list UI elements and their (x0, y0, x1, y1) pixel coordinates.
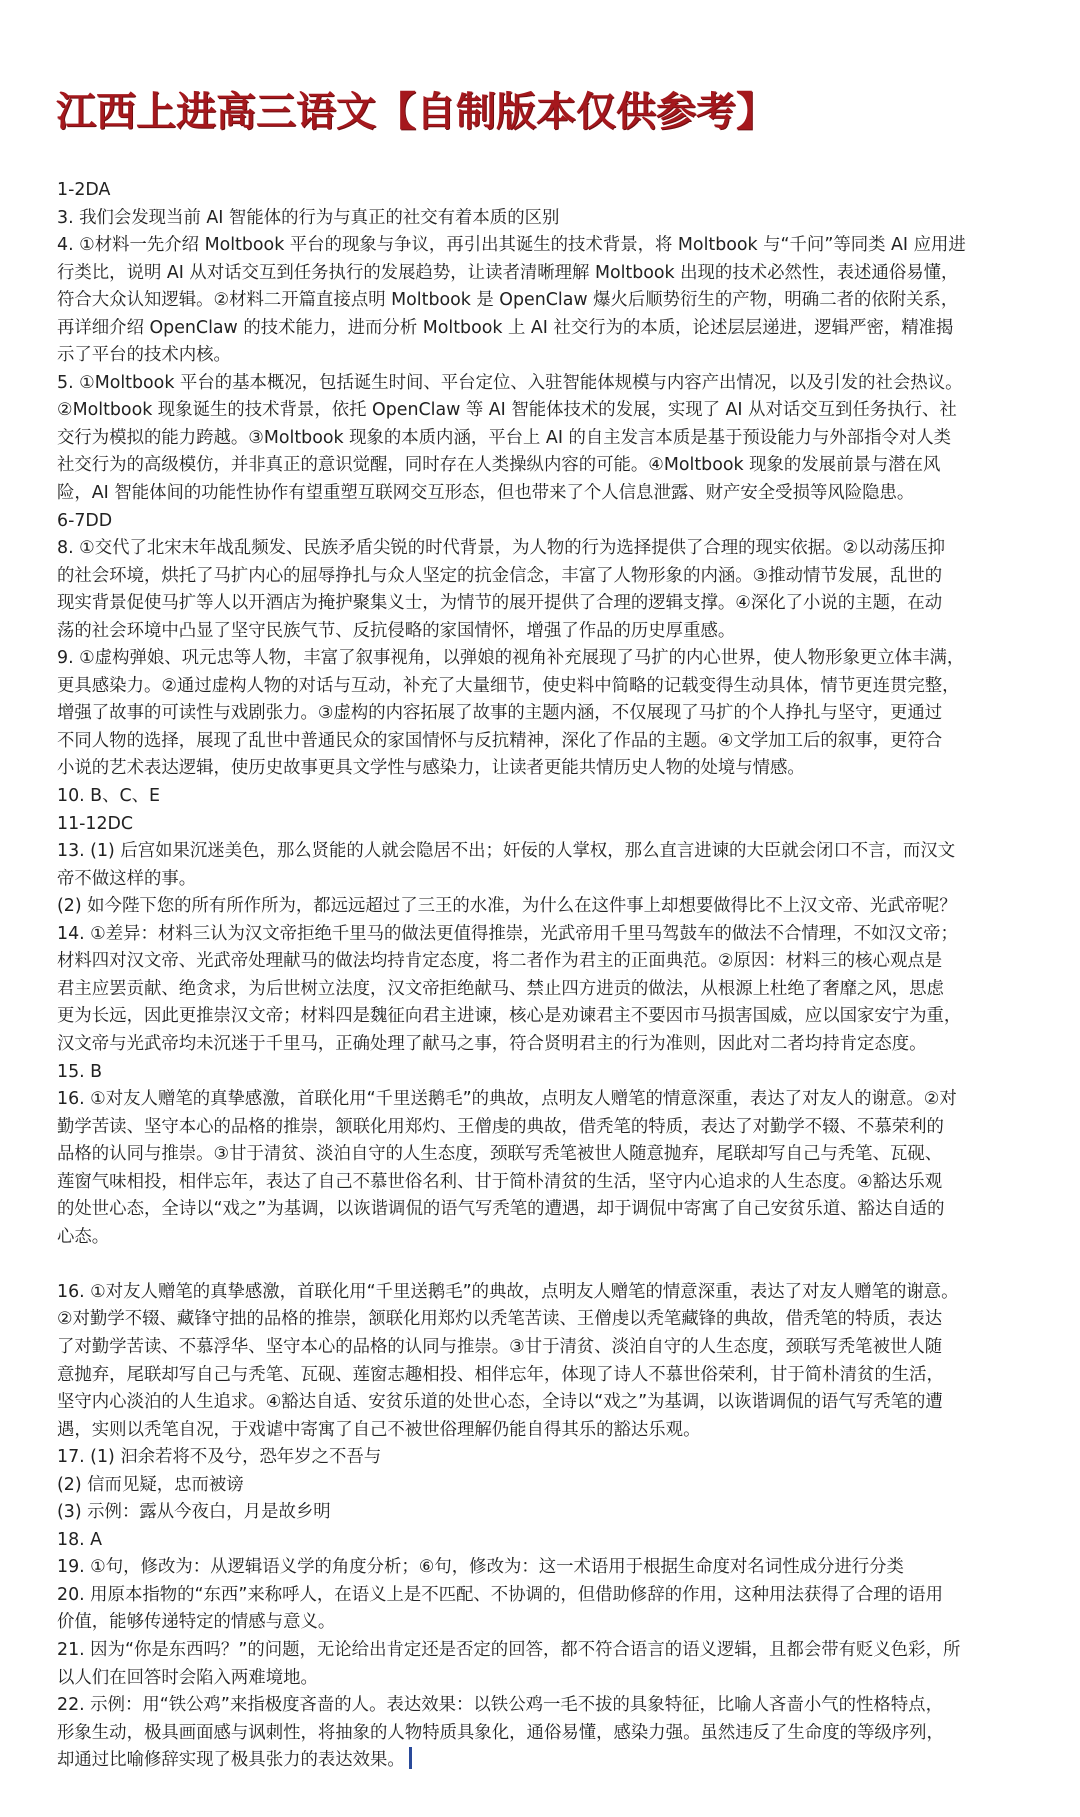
answer-line: 以人们在回答时会陷入两难境地。 (57, 1665, 1057, 1693)
answer-line: (2) 如今陛下您的所有所作所为，都远远超过了三王的水准，为什么在这件事上却想要… (57, 893, 1057, 921)
answer-q8: 8. ①交代了北宋末年战乱频发、民族矛盾尖锐的时代背景，为人物的行为选择提供了合… (57, 535, 1057, 645)
answer-line: 16. ①对友人赠笔的真挚感激，首联化用“千里送鹅毛”的典故，点明友人赠笔的情意… (57, 1086, 1057, 1114)
answer-line: 现实背景促使马扩等人以开酒店为掩护聚集义士，为情节的展开提供了合理的逻辑支撑。④… (57, 590, 1057, 618)
answer-line: 品格的认同与推崇。③甘于清贫、淡泊自守的人生态度，颈联写秃笔被世人随意抛弃，尾联… (57, 1141, 1057, 1169)
answer-q14: 14. ①差异：材料三认为汉文帝拒绝千里马的做法更值得推崇，光武帝用千里马驾鼓车… (57, 921, 1057, 1059)
answer-line: 18. A (57, 1527, 1057, 1555)
answer-q20: 20. 用原本指物的“东西”来称呼人，在语义上是不匹配、不协调的，但借助修辞的作… (57, 1582, 1057, 1637)
answer-line: ②对勤学不辍、藏锋守拙的品格的推崇，颔联化用郑灼以秃笔苦读、王僧虔以秃笔藏锋的典… (57, 1306, 1057, 1334)
answer-body: 1-2DA3. 我们会发现当前 AI 智能体的行为与真正的社交有着本质的区别4.… (57, 177, 1057, 1775)
answer-line: ②Moltbook 现象诞生的技术背景，依托 OpenClaw 等 AI 智能体… (57, 397, 1057, 425)
answer-line: (3) 示例：露从今夜白，月是故乡明 (57, 1499, 1057, 1527)
answer-line: 更为长远，因此更推崇汉文帝；材料四是魏征向君主进谏，核心是劝谏君主不要因市马损害… (57, 1003, 1057, 1031)
answer-line: 4. ①材料一先介绍 Moltbook 平台的现象与争议，再引出其诞生的技术背景… (57, 232, 1057, 260)
answer-line: 13. (1) 后宫如果沉迷美色，那么贤能的人就会隐居不出；奸佞的人掌权，那么直… (57, 838, 1057, 866)
answer-line: 21. 因为“你是东西吗？”的问题，无论给出肯定还是否定的回答，都不符合语言的语… (57, 1637, 1057, 1665)
answer-q21: 21. 因为“你是东西吗？”的问题，无论给出肯定还是否定的回答，都不符合语言的语… (57, 1637, 1057, 1692)
answer-q3: 3. 我们会发现当前 AI 智能体的行为与真正的社交有着本质的区别 (57, 205, 1057, 233)
answer-line: 荡的社会环境中凸显了坚守民族气节、反抗侵略的家国情怀，增强了作品的历史厚重感。 (57, 618, 1057, 646)
answer-q17-3: (3) 示例：露从今夜白，月是故乡明 (57, 1499, 1057, 1527)
answer-line: 的处世心态，全诗以“戏之”为基调，以诙谐调侃的语气写秃笔的遭遇，却于调侃中寄寓了… (57, 1196, 1057, 1224)
answer-line: 20. 用原本指物的“东西”来称呼人，在语义上是不匹配、不协调的，但借助修辞的作… (57, 1582, 1057, 1610)
answer-q13-1: 13. (1) 后宫如果沉迷美色，那么贤能的人就会隐居不出；奸佞的人掌权，那么直… (57, 838, 1057, 893)
answer-line: 材料四对汉文帝、光武帝处理献马的做法均持肯定态度，将二者作为君主的正面典范。②原… (57, 948, 1057, 976)
answer-q9: 9. ①虚构弹娘、巩元忠等人物，丰富了叙事视角，以弹娘的视角补充展现了马扩的内心… (57, 645, 1057, 783)
answer-q5: 5. ①Moltbook 平台的基本概况，包括诞生时间、平台定位、入驻智能体规模… (57, 370, 1057, 508)
answer-line: 心态。 (57, 1224, 1057, 1252)
document-title: 江西上进高三语文【自制版本仅供参考】 (56, 86, 776, 138)
answer-line: 14. ①差异：材料三认为汉文帝拒绝千里马的做法更值得推崇，光武帝用千里马驾鼓车… (57, 921, 1057, 949)
answer-line: 险，AI 智能体间的功能性协作有望重塑互联网交互形态，但也带来了个人信息泄露、财… (57, 480, 1057, 508)
answer-q11-12: 11-12DC (57, 811, 1057, 839)
blank-spacer (57, 1251, 1057, 1279)
answer-line: 却通过比喻修辞实现了极具张力的表达效果。 (57, 1747, 1057, 1775)
answer-q16b: 16. ①对友人赠笔的真挚感激，首联化用“千里送鹅毛”的典故，点明友人赠笔的情意… (57, 1279, 1057, 1444)
answer-q16a: 16. ①对友人赠笔的真挚感激，首联化用“千里送鹅毛”的典故，点明友人赠笔的情意… (57, 1086, 1057, 1251)
answer-line: 行类比，说明 AI 从对话交互到任务执行的发展趋势，让读者清晰理解 Moltbo… (57, 260, 1057, 288)
answer-line: 9. ①虚构弹娘、巩元忠等人物，丰富了叙事视角，以弹娘的视角补充展现了马扩的内心… (57, 645, 1057, 673)
answer-line: 22. 示例：用“铁公鸡”来指极度吝啬的人。表达效果：以铁公鸡一毛不拔的具象特征… (57, 1692, 1057, 1720)
answer-line: 坚守内心淡泊的人生追求。④豁达自适、安贫乐道的处世心态，全诗以“戏之”为基调，以… (57, 1389, 1057, 1417)
answer-line: 社交行为的高级模仿，并非真正的意识觉醒，同时存在人类操纵内容的可能。④Moltb… (57, 452, 1057, 480)
answer-line: 符合大众认知逻辑。②材料二开篇直接点明 Moltbook 是 OpenClaw … (57, 287, 1057, 315)
answer-q4: 4. ①材料一先介绍 Moltbook 平台的现象与争议，再引出其诞生的技术背景… (57, 232, 1057, 370)
answer-q19: 19. ①句，修改为：从逻辑语义学的角度分析；⑥句，修改为：这一术语用于根据生命… (57, 1554, 1057, 1582)
answer-line: 8. ①交代了北宋末年战乱频发、民族矛盾尖锐的时代背景，为人物的行为选择提供了合… (57, 535, 1057, 563)
answer-q18: 18. A (57, 1527, 1057, 1555)
answer-q17-2: (2) 信而见疑，忠而被谤 (57, 1472, 1057, 1500)
answer-line: 17. (1) 汩余若将不及兮，恐年岁之不吾与 (57, 1444, 1057, 1472)
answer-line: 示了平台的技术内核。 (57, 342, 1057, 370)
answer-line: (2) 信而见疑，忠而被谤 (57, 1472, 1057, 1500)
answer-line: 5. ①Moltbook 平台的基本概况，包括诞生时间、平台定位、入驻智能体规模… (57, 370, 1057, 398)
answer-line: 再详细介绍 OpenClaw 的技术能力，进而分析 Moltbook 上 AI … (57, 315, 1057, 343)
answer-line: 16. ①对友人赠笔的真挚感激，首联化用“千里送鹅毛”的典故，点明友人赠笔的情意… (57, 1279, 1057, 1307)
answer-q6-7: 6-7DD (57, 508, 1057, 536)
answer-line: 的社会环境，烘托了马扩内心的屈辱挣扎与众人坚定的抗金信念，丰富了人物形象的内涵。… (57, 563, 1057, 591)
answer-line: 莲窗气味相投，相伴忘年，表达了自己不慕世俗名利、甘于简朴清贫的生活，坚守内心追求… (57, 1169, 1057, 1197)
answer-q15: 15. B (57, 1059, 1057, 1087)
answer-line: 6-7DD (57, 508, 1057, 536)
answer-line: 勤学苦读、坚守本心的品格的推崇，颔联化用郑灼、王僧虔的典故，借秃笔的特质，表达了… (57, 1114, 1057, 1142)
answer-line: 汉文帝与光武帝均未沉迷于千里马，正确处理了献马之事，符合贤明君主的行为准则，因此… (57, 1031, 1057, 1059)
answer-q1-2: 1-2DA (57, 177, 1057, 205)
answer-line (57, 1251, 1057, 1279)
answer-line: 交行为模拟的能力跨越。③Moltbook 现象的本质内涵，平台上 AI 的自主发… (57, 425, 1057, 453)
answer-line: 更具感染力。②通过虚构人物的对话与互动，补充了大量细节，使史料中简略的记载变得生… (57, 673, 1057, 701)
answer-line: 价值，能够传递特定的情感与意义。 (57, 1609, 1057, 1637)
answer-line: 10. B、C、E (57, 783, 1057, 811)
answer-line: 帝不做这样的事。 (57, 866, 1057, 894)
answer-q22: 22. 示例：用“铁公鸡”来指极度吝啬的人。表达效果：以铁公鸡一毛不拔的具象特征… (57, 1692, 1057, 1775)
answer-q10: 10. B、C、E (57, 783, 1057, 811)
answer-line: 增强了故事的可读性与戏剧张力。③虚构的内容拓展了故事的主题内涵，不仅展现了马扩的… (57, 700, 1057, 728)
answer-line: 3. 我们会发现当前 AI 智能体的行为与真正的社交有着本质的区别 (57, 205, 1057, 233)
answer-line: 19. ①句，修改为：从逻辑语义学的角度分析；⑥句，修改为：这一术语用于根据生命… (57, 1554, 1057, 1582)
answer-line: 君主应罢贡献、绝贪求，为后世树立法度，汉文帝拒绝献马、禁止四方进贡的做法，从根源… (57, 976, 1057, 1004)
answer-line: 形象生动，极具画面感与讽刺性，将抽象的人物特质具象化，通俗易懂，感染力强。虽然违… (57, 1720, 1057, 1748)
answer-line: 了对勤学苦读、不慕浮华、坚守本心的品格的认同与推崇。③甘于清贫、淡泊自守的人生态… (57, 1334, 1057, 1362)
answer-q13-2: (2) 如今陛下您的所有所作所为，都远远超过了三王的水准，为什么在这件事上却想要… (57, 893, 1057, 921)
answer-line: 意抛弃，尾联却写自己与秃笔、瓦砚、莲窗志趣相投、相伴忘年，体现了诗人不慕世俗荣利… (57, 1362, 1057, 1390)
answer-line: 1-2DA (57, 177, 1057, 205)
answer-line: 不同人物的选择，展现了乱世中普通民众的家国情怀与反抗精神，深化了作品的主题。④文… (57, 728, 1057, 756)
answer-line: 15. B (57, 1059, 1057, 1087)
text-cursor (409, 1747, 412, 1769)
answer-q17-1: 17. (1) 汩余若将不及兮，恐年岁之不吾与 (57, 1444, 1057, 1472)
answer-line: 遇，实则以秃笔自况，于戏谑中寄寓了自己不被世俗理解仍能自得其乐的豁达乐观。 (57, 1417, 1057, 1445)
answer-line: 小说的艺术表达逻辑，使历史故事更具文学性与感染力，让读者更能共情历史人物的处境与… (57, 755, 1057, 783)
answer-line: 11-12DC (57, 811, 1057, 839)
